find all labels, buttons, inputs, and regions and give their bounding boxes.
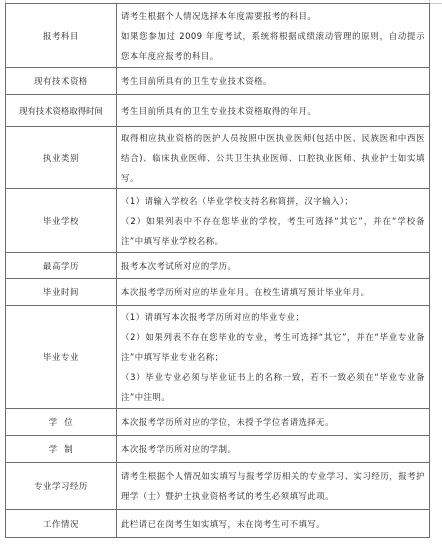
row-label: 学 制 [6, 436, 117, 463]
row-description: 请考生根据个人情况选择本年度需要报考的科目。 如果您参加过 2009 年度考试，… [117, 4, 430, 68]
row-label: 学 位 [6, 409, 117, 436]
desc-line: 本次报考学历所对应的学制。 [121, 439, 425, 459]
desc-line: 取得相应执业资格的医护人员按照中医执业医师(包括中医、民族医和中西医结合)、临床… [121, 128, 425, 188]
table-row-highest-education: 最高学历 报考本次考试所对应的学历。 [6, 253, 430, 279]
desc-line: 考生目前所具有的卫生专业技术资格。 [121, 71, 425, 91]
row-description: （1）请填写本次报考学历所对应的毕业专业； （2）如果列表不存在您毕业的专业，考… [117, 306, 430, 409]
table-row-graduation-major: 毕业专业 （1）请填写本次报考学历所对应的毕业专业； （2）如果列表不存在您毕业… [6, 306, 430, 409]
desc-line: （1）请填写本次报考学历所对应的毕业专业； [121, 307, 425, 327]
row-label: 工作情况 [6, 510, 117, 538]
row-label: 专业学习经历 [6, 463, 117, 510]
table-row-study-experience: 专业学习经历 请考生根据个人情况如实填写与报考学历相关的专业学习、实习经历，报考… [6, 463, 430, 510]
row-description: 请考生根据个人情况如实填写与报考学历相关的专业学习、实习经历，报考护理学（士）暨… [117, 463, 430, 510]
desc-line: 此栏请已在岗考生如实填写，未在岗考生可不填写。 [121, 514, 425, 534]
row-description: 本次报考学历所对应的学制。 [117, 436, 430, 463]
row-description: 报考本次考试所对应的学历。 [117, 253, 430, 279]
row-label: 报考科目 [6, 4, 117, 68]
row-label: 现有技术资格 [6, 68, 117, 95]
table-row-current-qualification: 现有技术资格 考生目前所具有的卫生专业技术资格。 [6, 68, 430, 95]
desc-line: 本次报考学历所对应的毕业年月。在校生请填写预计毕业年月。 [121, 282, 425, 302]
desc-line: 考生目前所具有的卫生专业技术资格取得的年月。 [121, 101, 425, 121]
table-row-qualification-date: 现有技术资格取得时间 考生目前所具有的卫生专业技术资格取得的年月。 [6, 95, 430, 127]
row-description: 本次报考学历所对应的学位，未授予学位者请选择无。 [117, 409, 430, 436]
desc-line: 请考生根据个人情况如实填写与报考学历相关的专业学习、实习经历，报考护理学（士）暨… [121, 466, 425, 506]
page-edge-right [429, 0, 442, 4]
table-row-work-status: 工作情况 此栏请已在岗考生如实填写，未在岗考生可不填写。 [6, 510, 430, 538]
desc-line: 如果您参加过 2009 年度考试，系统将根据成绩滚动管理的原则，自动提示您本年度… [121, 26, 425, 66]
row-label: 现有技术资格取得时间 [6, 95, 117, 127]
row-label: 毕业时间 [6, 279, 117, 306]
desc-line: 报考本次考试所对应的学历。 [121, 256, 425, 276]
row-description: 此栏请已在岗考生如实填写，未在岗考生可不填写。 [117, 510, 430, 538]
table-row-degree: 学 位 本次报考学历所对应的学位，未授予学位者请选择无。 [6, 409, 430, 436]
field-description-table: 报考科目 请考生根据个人情况选择本年度需要报考的科目。 如果您参加过 2009 … [5, 3, 430, 538]
table-row-study-length: 学 制 本次报考学历所对应的学制。 [6, 436, 430, 463]
table-row-exam-subject: 报考科目 请考生根据个人情况选择本年度需要报考的科目。 如果您参加过 2009 … [6, 4, 430, 68]
table-row-graduation-date: 毕业时间 本次报考学历所对应的毕业年月。在校生请填写预计毕业年月。 [6, 279, 430, 306]
table-row-practice-category: 执业类别 取得相应执业资格的医护人员按照中医执业医师(包括中医、民族医和中西医结… [6, 127, 430, 189]
desc-line: 请考生根据个人情况选择本年度需要报考的科目。 [121, 6, 425, 26]
row-description: 取得相应执业资格的医护人员按照中医执业医师(包括中医、民族医和中西医结合)、临床… [117, 127, 430, 189]
row-description: （1）请输入学校名（毕业学校支持名称简拼，汉字输入）； （2）如果列表中不存在您… [117, 189, 430, 253]
row-description: 本次报考学历所对应的毕业年月。在校生请填写预计毕业年月。 [117, 279, 430, 306]
desc-line: （2）如果列表不存在您毕业的专业，考生可选择“其它”，并在“毕业专业备注”中填写… [121, 327, 425, 367]
row-label: 毕业专业 [6, 306, 117, 409]
table-row-graduation-school: 毕业学校 （1）请输入学校名（毕业学校支持名称简拼，汉字输入）； （2）如果列表… [6, 189, 430, 253]
row-label: 执业类别 [6, 127, 117, 189]
row-label: 最高学历 [6, 253, 117, 279]
desc-line: （1）请输入学校名（毕业学校支持名称简拼，汉字输入）； [121, 191, 425, 211]
desc-line: （3）毕业专业必须与毕业证书上的名称一致，若不一致必须在“毕业专业备注”中注明。 [121, 367, 425, 407]
row-description: 考生目前所具有的卫生专业技术资格取得的年月。 [117, 95, 430, 127]
row-label: 毕业学校 [6, 189, 117, 253]
desc-line: 本次报考学历所对应的学位，未授予学位者请选择无。 [121, 412, 425, 432]
row-description: 考生目前所具有的卫生专业技术资格。 [117, 68, 430, 95]
desc-line: （2）如果列表中不存在您毕业的学校，考生可选择“其它”，并在“学校备注”中填写毕… [121, 211, 425, 251]
